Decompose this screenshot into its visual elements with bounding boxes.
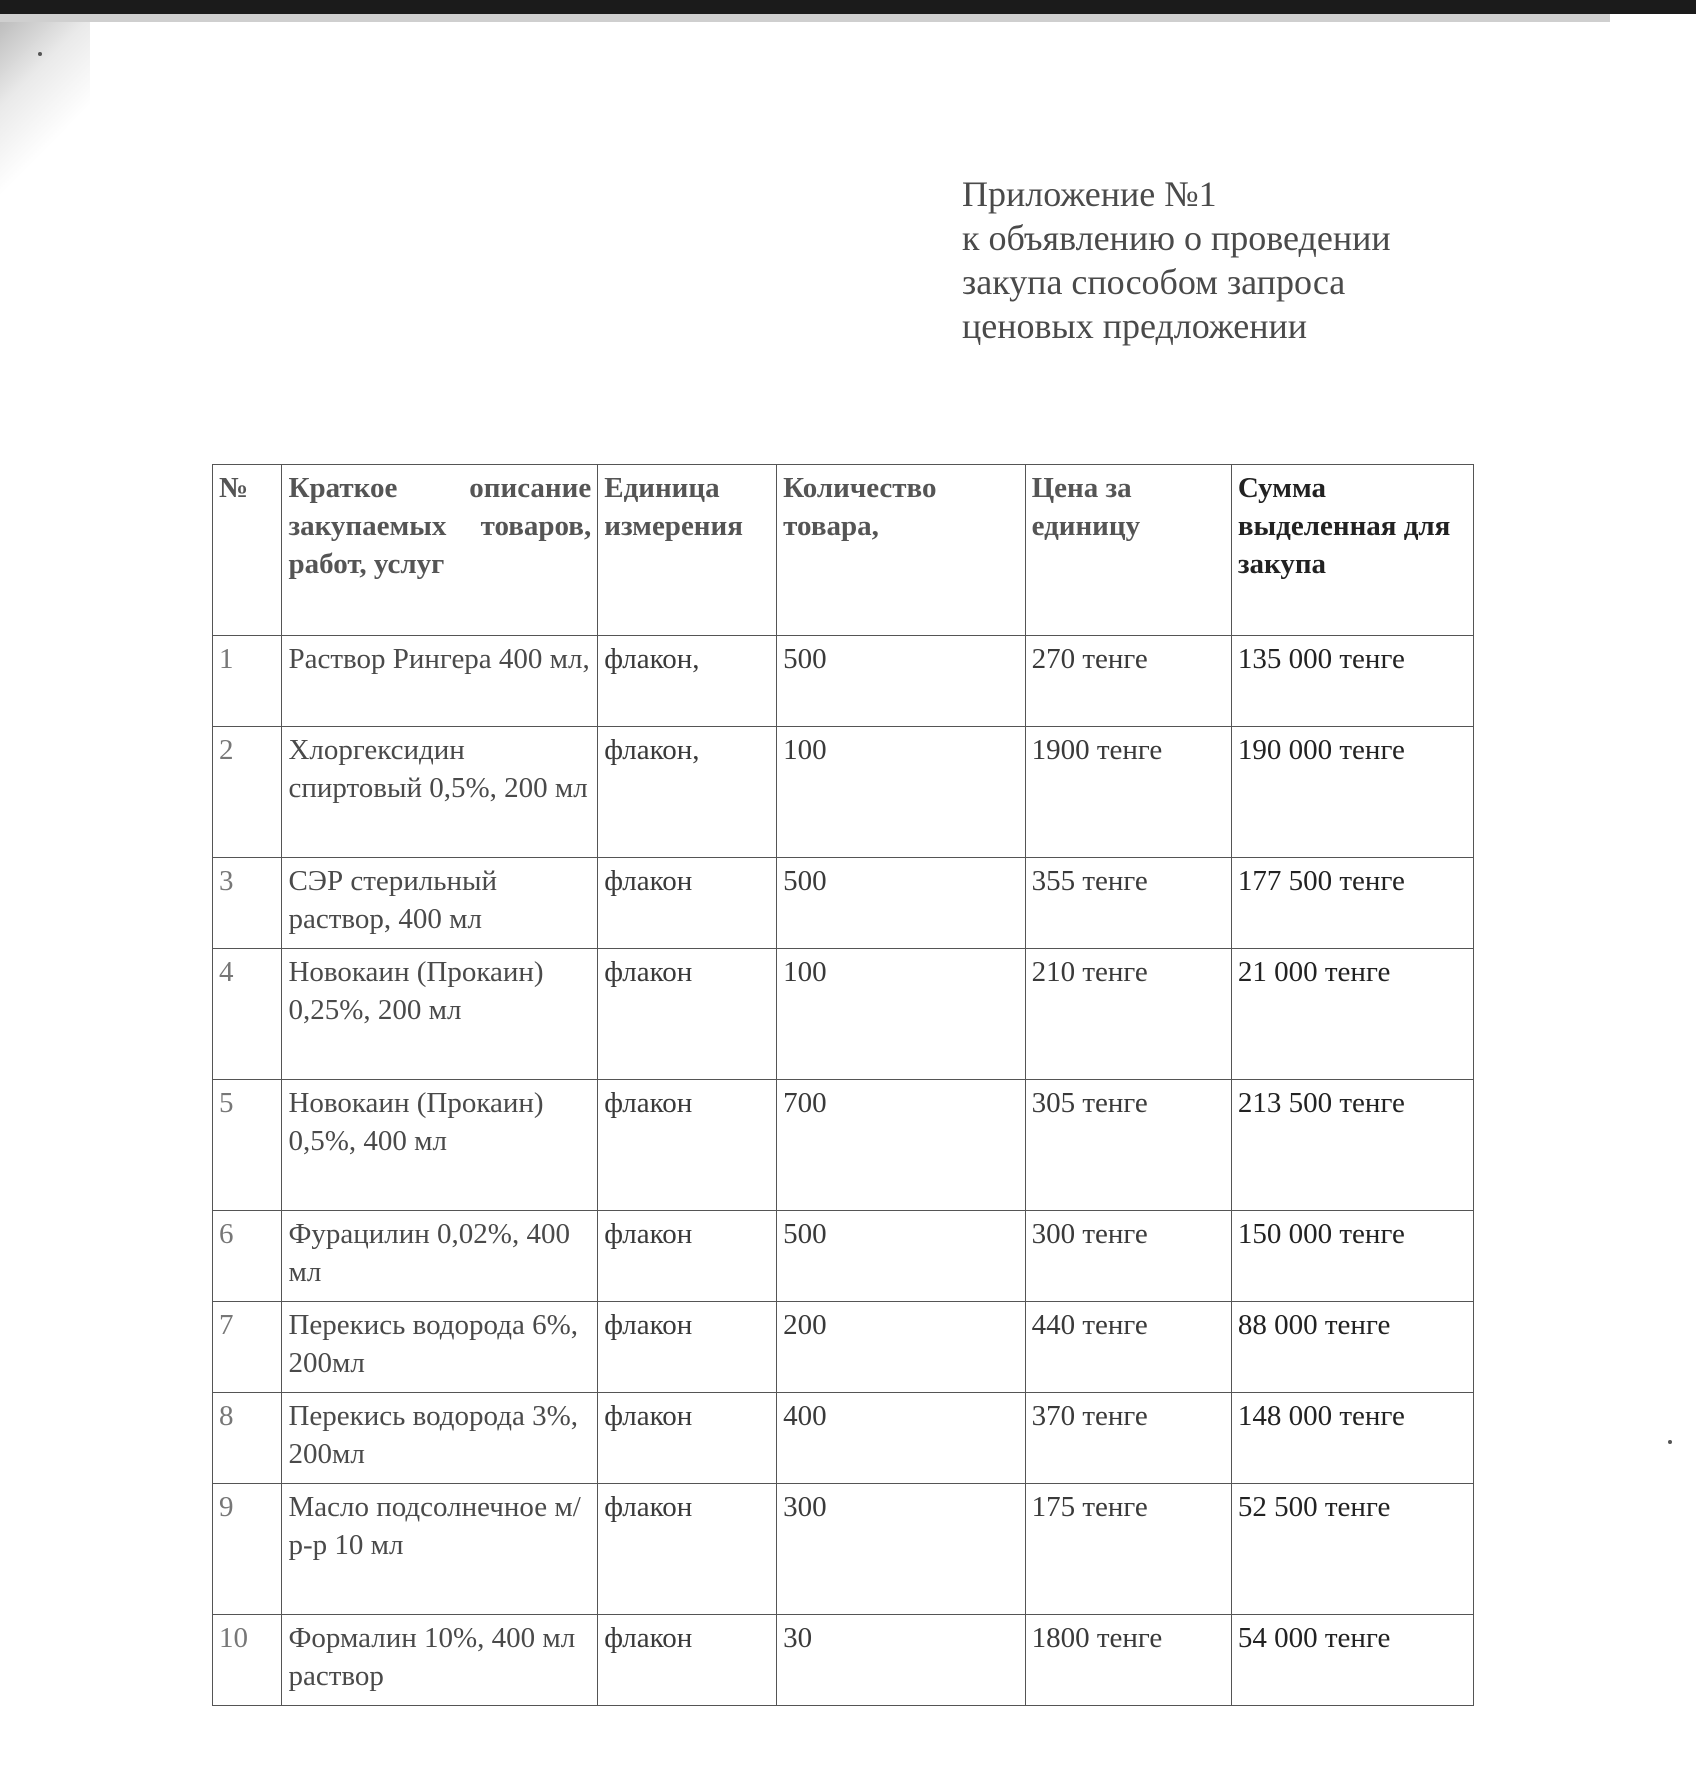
row-number: 4 bbox=[213, 949, 282, 1080]
item-sum: 54 000 тенге bbox=[1231, 1615, 1473, 1706]
header-sum: Сумма выделенная для закупа bbox=[1231, 465, 1473, 636]
item-unit: флакон bbox=[598, 1615, 777, 1706]
item-unit: флакон bbox=[598, 949, 777, 1080]
row-number: 9 bbox=[213, 1484, 282, 1615]
item-price: 1800 тенге bbox=[1025, 1615, 1231, 1706]
row-number: 2 bbox=[213, 727, 282, 858]
annex-line: ценовых предложении bbox=[962, 304, 1391, 348]
table-row: 10Формалин 10%, 400 мл растворфлакон3018… bbox=[213, 1615, 1474, 1706]
row-number: 7 bbox=[213, 1302, 282, 1393]
row-number: 5 bbox=[213, 1080, 282, 1211]
table-row: 3СЭР стерильный раствор, 400 млфлакон500… bbox=[213, 858, 1474, 949]
item-quantity: 500 bbox=[777, 636, 1025, 727]
item-price: 210 тенге bbox=[1025, 949, 1231, 1080]
item-sum: 135 000 тенге bbox=[1231, 636, 1473, 727]
item-unit: флакон, bbox=[598, 636, 777, 727]
item-description: Раствор Рингера 400 мл, bbox=[282, 636, 598, 727]
procurement-table: № Краткое описание закупаемых товаров, р… bbox=[212, 464, 1474, 1706]
item-unit: флакон bbox=[598, 1211, 777, 1302]
header-description: Краткое описание закупаемых товаров, раб… bbox=[282, 465, 598, 636]
header-unit: Единица измерения bbox=[598, 465, 777, 636]
item-unit: флакон bbox=[598, 1484, 777, 1615]
annex-line: Приложение №1 bbox=[962, 172, 1391, 216]
item-price: 440 тенге bbox=[1025, 1302, 1231, 1393]
scan-speck bbox=[1668, 1440, 1672, 1444]
item-description: Перекись водорода 6%, 200мл bbox=[282, 1302, 598, 1393]
annex-line: закупа способом запроса bbox=[962, 260, 1391, 304]
table-row: 5Новокаин (Прокаин) 0,5%, 400 млфлакон70… bbox=[213, 1080, 1474, 1211]
item-quantity: 100 bbox=[777, 727, 1025, 858]
table-row: 4Новокаин (Прокаин) 0,25%, 200 млфлакон1… bbox=[213, 949, 1474, 1080]
item-unit: флакон bbox=[598, 1080, 777, 1211]
item-quantity: 400 bbox=[777, 1393, 1025, 1484]
row-number: 6 bbox=[213, 1211, 282, 1302]
table-header-row: № Краткое описание закупаемых товаров, р… bbox=[213, 465, 1474, 636]
item-description: Новокаин (Прокаин) 0,5%, 400 мл bbox=[282, 1080, 598, 1211]
item-sum: 148 000 тенге bbox=[1231, 1393, 1473, 1484]
header-number: № bbox=[213, 465, 282, 636]
item-unit: флакон bbox=[598, 858, 777, 949]
item-price: 300 тенге bbox=[1025, 1211, 1231, 1302]
item-quantity: 500 bbox=[777, 1211, 1025, 1302]
row-number: 3 bbox=[213, 858, 282, 949]
item-quantity: 30 bbox=[777, 1615, 1025, 1706]
item-description: Масло подсолнечное м/р-р 10 мл bbox=[282, 1484, 598, 1615]
table-row: 9Масло подсолнечное м/р-р 10 млфлакон300… bbox=[213, 1484, 1474, 1615]
item-sum: 177 500 тенге bbox=[1231, 858, 1473, 949]
row-number: 8 bbox=[213, 1393, 282, 1484]
annex-heading: Приложение №1 к объявлению о проведении … bbox=[962, 172, 1391, 348]
item-price: 355 тенге bbox=[1025, 858, 1231, 949]
item-sum: 213 500 тенге bbox=[1231, 1080, 1473, 1211]
page-fold-corner bbox=[0, 22, 90, 222]
row-number: 10 bbox=[213, 1615, 282, 1706]
item-description: Хлоргексидин спиртовый 0,5%, 200 мл bbox=[282, 727, 598, 858]
annex-line: к объявлению о проведении bbox=[962, 216, 1391, 260]
header-price: Цена за единицу bbox=[1025, 465, 1231, 636]
header-quantity: Количество товара, bbox=[777, 465, 1025, 636]
item-unit: флакон bbox=[598, 1302, 777, 1393]
item-sum: 52 500 тенге bbox=[1231, 1484, 1473, 1615]
item-quantity: 500 bbox=[777, 858, 1025, 949]
item-price: 305 тенге bbox=[1025, 1080, 1231, 1211]
scan-speck bbox=[38, 52, 42, 56]
table-row: 7Перекись водорода 6%, 200млфлакон200440… bbox=[213, 1302, 1474, 1393]
item-description: СЭР стерильный раствор, 400 мл bbox=[282, 858, 598, 949]
item-description: Фурацилин 0,02%, 400 мл bbox=[282, 1211, 598, 1302]
item-description: Новокаин (Прокаин) 0,25%, 200 мл bbox=[282, 949, 598, 1080]
item-quantity: 200 bbox=[777, 1302, 1025, 1393]
item-quantity: 300 bbox=[777, 1484, 1025, 1615]
item-sum: 21 000 тенге bbox=[1231, 949, 1473, 1080]
item-price: 1900 тенге bbox=[1025, 727, 1231, 858]
item-description: Перекись водорода 3%, 200мл bbox=[282, 1393, 598, 1484]
table-row: 1Раствор Рингера 400 мл,флакон,500270 те… bbox=[213, 636, 1474, 727]
item-price: 175 тенге bbox=[1025, 1484, 1231, 1615]
item-price: 370 тенге bbox=[1025, 1393, 1231, 1484]
item-unit: флакон bbox=[598, 1393, 777, 1484]
item-price: 270 тенге bbox=[1025, 636, 1231, 727]
row-number: 1 bbox=[213, 636, 282, 727]
scan-shadow bbox=[0, 14, 1610, 22]
table-row: 6Фурацилин 0,02%, 400 млфлакон500300 тен… bbox=[213, 1211, 1474, 1302]
scan-top-edge bbox=[0, 0, 1696, 14]
item-unit: флакон, bbox=[598, 727, 777, 858]
item-sum: 88 000 тенге bbox=[1231, 1302, 1473, 1393]
table-row: 2Хлоргексидин спиртовый 0,5%, 200 млфлак… bbox=[213, 727, 1474, 858]
table-row: 8Перекись водорода 3%, 200млфлакон400370… bbox=[213, 1393, 1474, 1484]
item-sum: 190 000 тенге bbox=[1231, 727, 1473, 858]
item-sum: 150 000 тенге bbox=[1231, 1211, 1473, 1302]
item-description: Формалин 10%, 400 мл раствор bbox=[282, 1615, 598, 1706]
item-quantity: 100 bbox=[777, 949, 1025, 1080]
item-quantity: 700 bbox=[777, 1080, 1025, 1211]
